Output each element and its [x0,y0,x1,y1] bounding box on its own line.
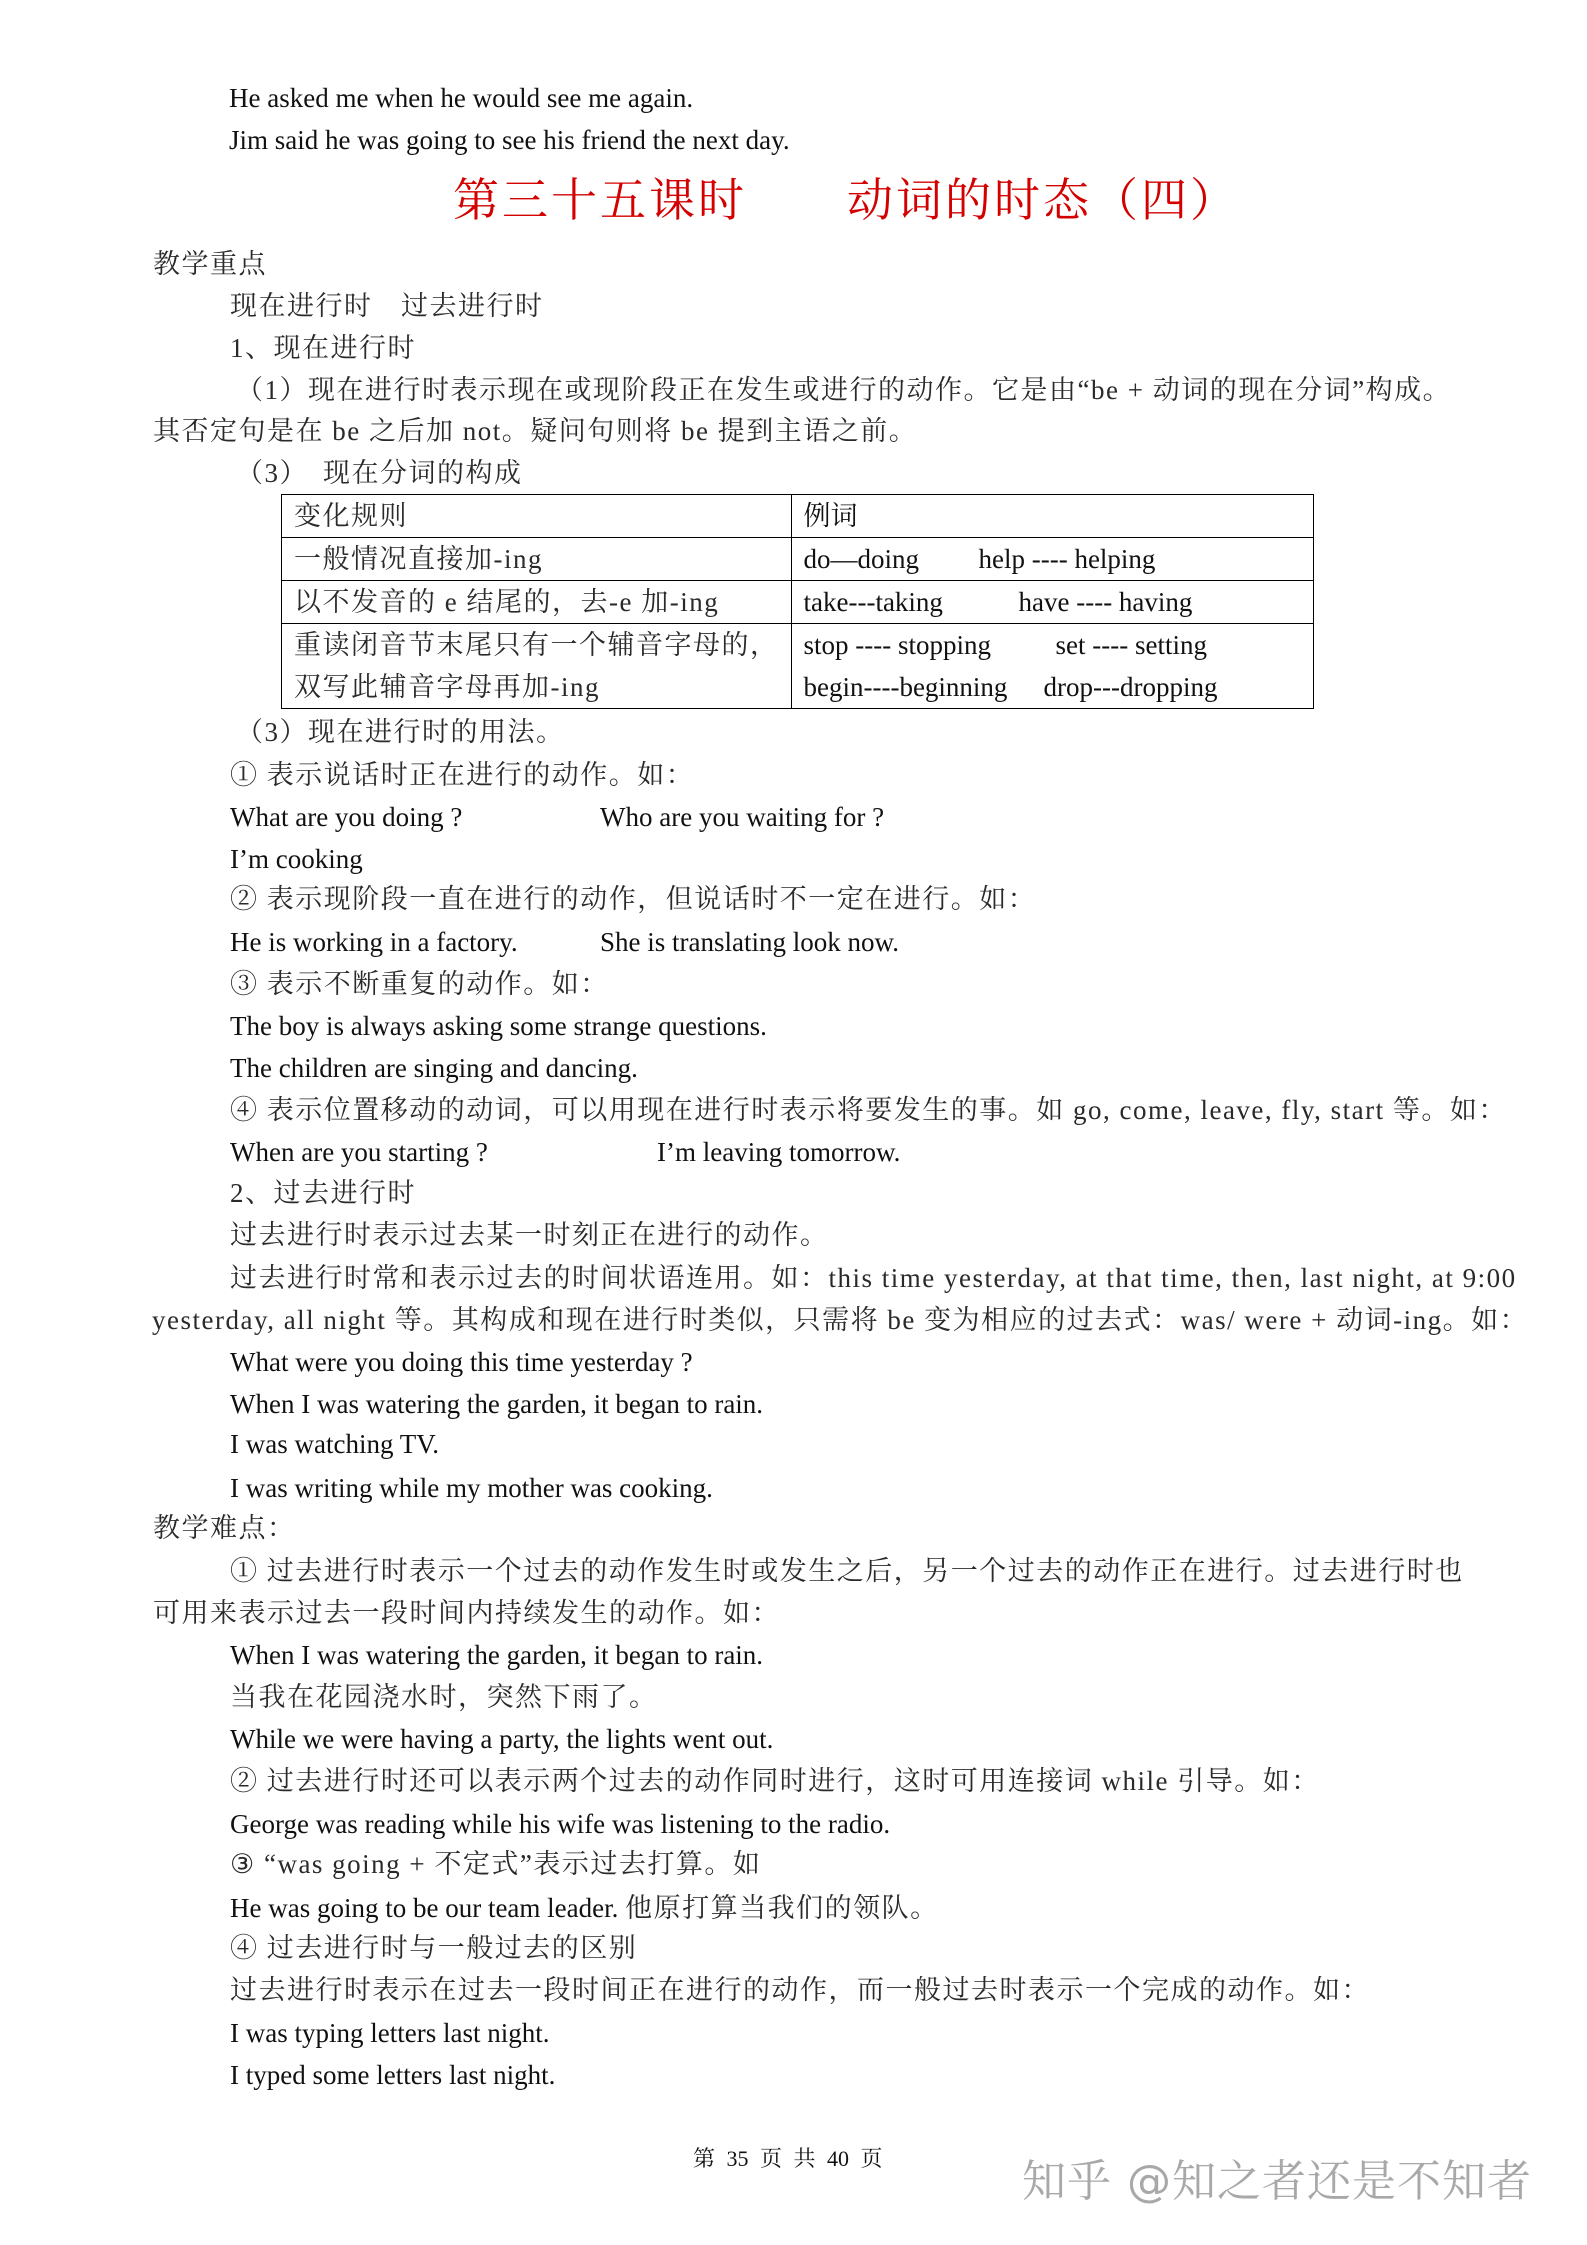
subheading-usage: （3）现在进行时的用法。 [236,711,565,753]
paragraph-line: yesterday, all night 等。其构成和现在进行时类似，只需将 b… [152,1299,1528,1341]
paragraph-line: 过去进行时表示在过去一段时间正在进行的动作，而一般过去时表示一个完成的动作。如： [230,1969,1370,2011]
section-heading-past-continuous: 2、过去进行时 [230,1172,416,1214]
example-sentence: What are you doing ? [230,796,462,838]
example-sentence: The boy is always asking some strange qu… [230,1005,767,1047]
table-header-row: 变化规则 例词 [282,495,1314,538]
example-sentence: George was reading while his wife was li… [230,1803,890,1845]
paragraph-line: 过去进行时常和表示过去的时间状语连用。如：this time yesterday… [230,1257,1517,1299]
example-translation: 他原打算当我们的领队。 [625,1893,939,1923]
example-word: set ---- setting [1056,630,1207,660]
example-sentence: I’m cooking [230,838,363,880]
usage-item: ② 表示现阶段一直在进行的动作，但说话时不一定在进行。如： [230,878,1036,920]
lesson-title-number: 第三十五课时 [453,173,747,227]
table-cell-examples: stop ---- stoppingset ---- setting begin… [791,624,1314,709]
subheading-participle-formation: （3） 现在分词的构成 [236,452,523,494]
example-sentence: I’m leaving tomorrow. [657,1131,900,1173]
example-sentence: What were you doing this time yesterday … [230,1341,693,1383]
example-word: have ---- having [1019,587,1193,617]
rule-line: 重读闭音节末尾只有一个辅音字母的， [294,624,779,666]
table-row: 一般情况直接加-ing do—doinghelp ---- helping [282,538,1314,581]
example-line: begin----beginningdrop---dropping [804,666,1302,708]
example-word: drop---dropping [1044,672,1218,702]
example-word: stop ---- stopping [804,624,1056,666]
example-sentence: When I was watering the garden, it began… [230,1383,763,1425]
usage-item: ① 表示说话时正在进行的动作。如： [230,754,694,796]
usage-item: ② 过去进行时还可以表示两个过去的动作同时进行，这时可用连接词 while 引导… [230,1760,1320,1802]
table-cell-rule: 重读闭音节末尾只有一个辅音字母的， 双写此辅音字母再加-ing [282,624,792,709]
table-cell-examples: do—doinghelp ---- helping [791,538,1314,581]
usage-item: ③ “was going + 不定式”表示过去打算。如 [230,1843,761,1885]
example-sentence: The children are singing and dancing. [230,1047,638,1089]
example-sentence: I was writing while my mother was cookin… [230,1467,713,1509]
example-line: stop ---- stoppingset ---- setting [804,624,1302,666]
usage-item: ④ 过去进行时与一般过去的区别 [230,1927,637,1969]
table-cell-examples: take---takinghave ---- having [791,581,1314,624]
lesson-title-topic: 动词的时态（四） [847,173,1239,227]
participle-rules-table: 变化规则 例词 一般情况直接加-ing do—doinghelp ---- he… [281,494,1314,709]
text-line: He asked me when he would see me again. [229,77,693,119]
example-sentence: I typed some letters last night. [230,2054,555,2096]
paragraph-line: （1）现在进行时表示现在或现阶段正在发生或进行的动作。它是由“be + 动词的现… [236,369,1451,411]
table-cell-rule: 一般情况直接加-ing [282,538,792,581]
example-sentence: While we were having a party, the lights… [230,1718,773,1760]
example-word: help ---- helping [979,544,1156,574]
example-sentence: He is working in a factory. [230,921,518,963]
section-heading-present-continuous: 1、现在进行时 [230,327,416,369]
lesson-title: 第三十五课时动词的时态（四） [453,170,1239,230]
table-header-cell: 变化规则 [282,495,792,538]
paragraph-line: 过去进行时表示过去某一时刻正在进行的动作。 [230,1214,829,1256]
table-row: 以不发音的 e 结尾的，去-e 加-ing take---takinghave … [282,581,1314,624]
table-row: 重读闭音节末尾只有一个辅音字母的， 双写此辅音字母再加-ing stop ---… [282,624,1314,709]
example-translation: 当我在花园浇水时，突然下雨了。 [230,1676,658,1718]
section-heading-difficulty: 教学难点： [153,1507,296,1549]
rule-line: 双写此辅音字母再加-ing [294,666,779,708]
table-cell-rule: 以不发音的 e 结尾的，去-e 加-ing [282,581,792,624]
example-word: begin----beginning [804,666,1044,708]
usage-item: ③ 表示不断重复的动作。如： [230,963,609,1005]
example-sentence: Who are you waiting for ? [600,796,884,838]
example-sentence: I was watching TV. [230,1423,439,1465]
section-heading-focus: 教学重点 [153,243,267,285]
watermark: 知乎 @知之者还是不知者 [1022,2154,1532,2210]
example-word: do—doing [804,538,979,580]
paragraph-line: 可用来表示过去一段时间内持续发生的动作。如： [153,1592,780,1634]
focus-topics: 现在进行时 过去进行时 [230,285,544,327]
example-sentence: When are you starting ? [230,1131,488,1173]
text-line: Jim said he was going to see his friend … [229,119,790,161]
table-header-cell: 例词 [791,495,1314,538]
usage-item: ④ 表示位置移动的动词，可以用现在进行时表示将要发生的事。如 go, come,… [230,1089,1507,1131]
example-sentence: When I was watering the garden, it began… [230,1634,763,1676]
paragraph-line: 其否定句是在 be 之后加 not。疑问句则将 be 提到主语之前。 [153,410,917,452]
example-word: take---taking [804,581,1019,623]
paragraph-line: ① 过去进行时表示一个过去的动作发生时或发生之后，另一个过去的动作正在进行。过去… [230,1550,1464,1592]
example-sentence: She is translating look now. [600,921,899,963]
example-sentence-en: He was going to be our team leader. [230,1893,618,1923]
example-sentence: He was going to be our team leader. 他原打算… [230,1887,939,1929]
example-sentence: I was typing letters last night. [230,2012,549,2054]
page-number: 第 35 页 共 40 页 [693,2144,883,2174]
